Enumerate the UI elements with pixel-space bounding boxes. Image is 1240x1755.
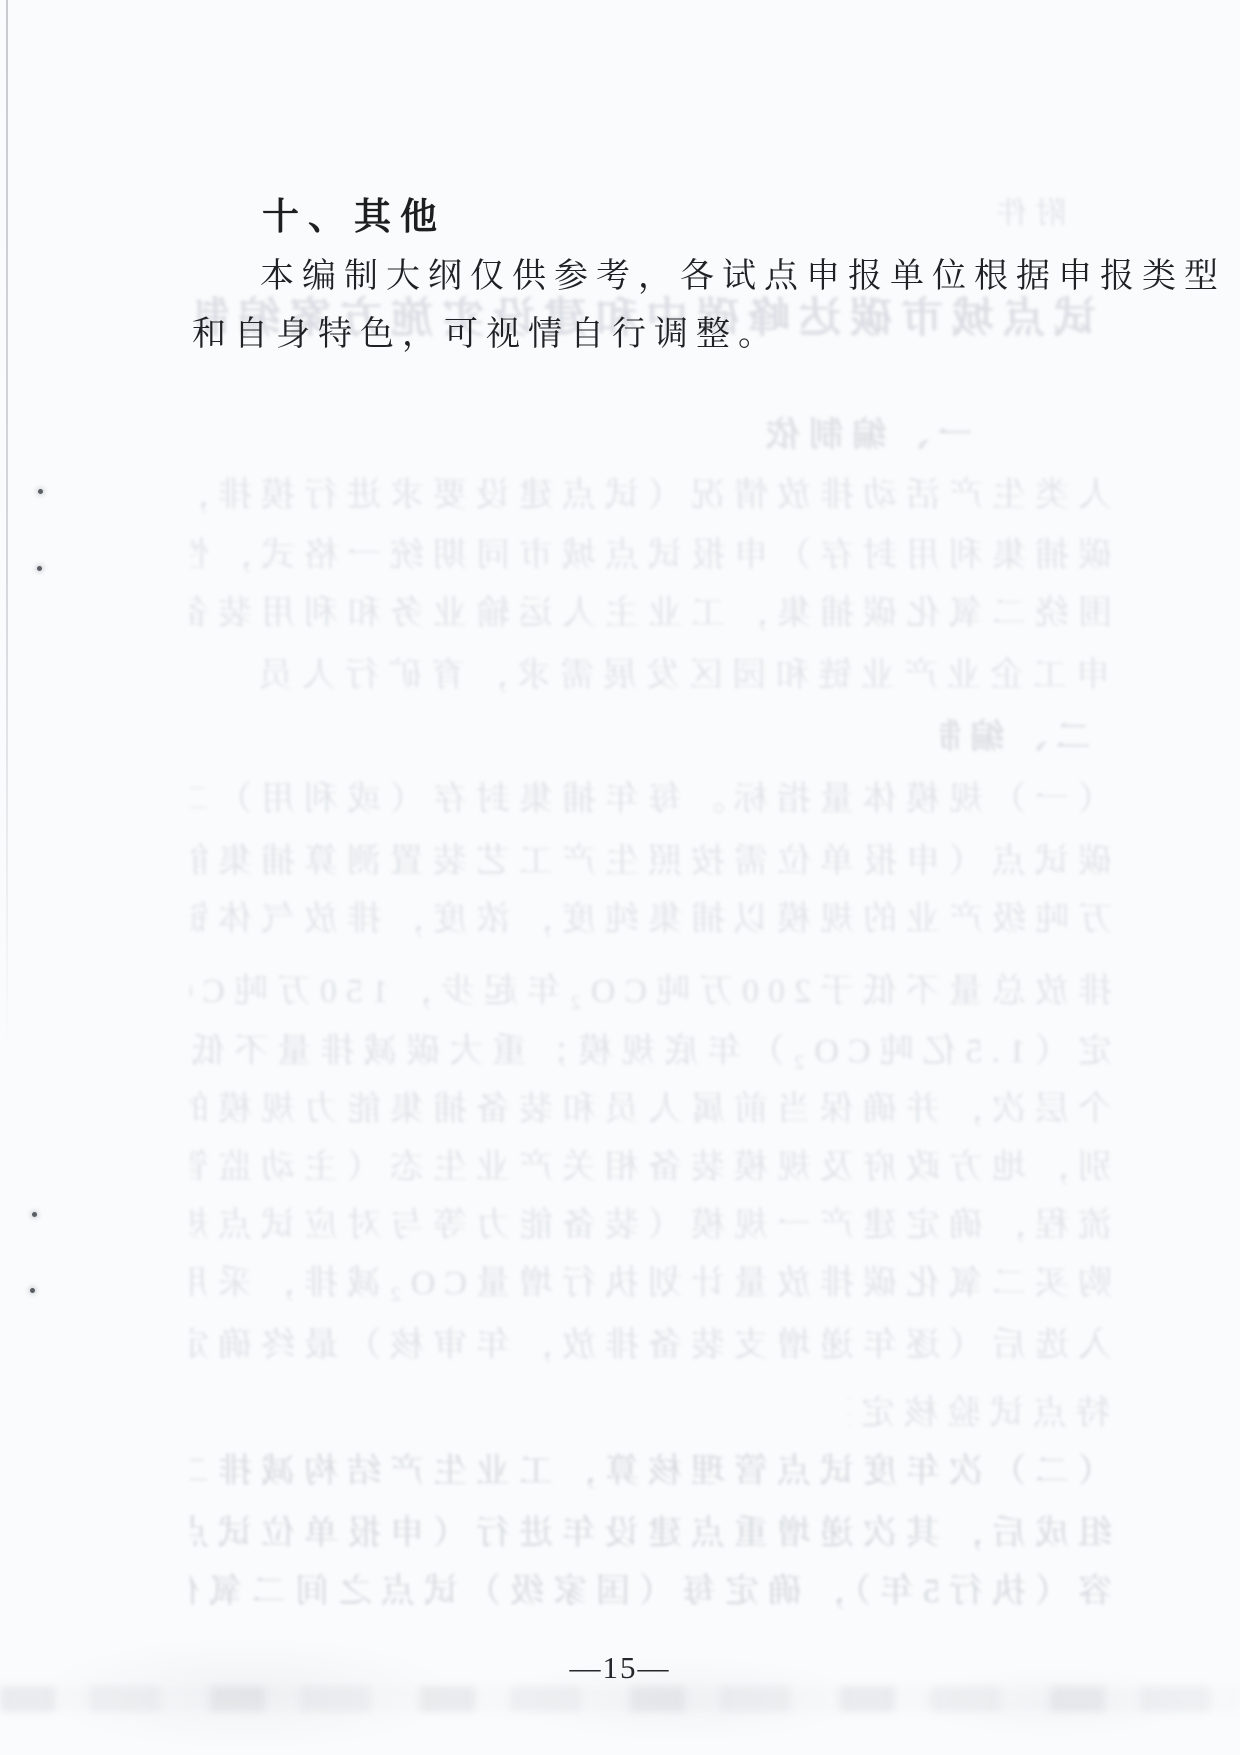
ink-speck (30, 1288, 35, 1293)
bleedthrough-line: 一、编制依据 (766, 416, 972, 457)
bleedthrough-line: 人类生产活动排放情况（试点建设要求进行摸排，人 (190, 476, 1112, 517)
scan-edge-artifact (6, 0, 8, 1050)
bleedthrough-line: 附件 (980, 196, 1066, 232)
bleedthrough-line: 排放总量不低于200万吨CO₂年起步，150万吨CO₂持续稳 (190, 972, 1112, 1013)
bleedthrough-line: 流程，确定建产一规模（装备能力等与对应试点规模总量） (190, 1206, 1112, 1247)
bleedthrough-line: （一）规模体量指标。每年捕集封存（或利用）二氧化 (190, 780, 1112, 821)
bleedthrough-line: （二）次年度试点管理核算，工业生产结构减排二氧化碳 (190, 1452, 1112, 1493)
scan-smudge (0, 1686, 1240, 1712)
section-heading: 十、其他 (262, 186, 446, 240)
ink-speck (37, 566, 42, 571)
bleedthrough-line: 申工企业产业链和园区发展需求，育矿行人员等。 (250, 656, 1110, 697)
bleedthrough-line: 碳试点（申报单位需按照生产工艺装置测算捕集能力， (190, 842, 1112, 883)
bleedthrough-line: 组成后，其次递增重点建设年进行（申报单位试点项目期间 (190, 1514, 1112, 1555)
bleedthrough-line: 围绕二氧化碳捕集，工业主人运输业务和利用装备，需 (190, 594, 1112, 635)
bleedthrough-line: 入选后（逐年递增支装备排放，年审核）最终确定考核规模 (190, 1326, 1112, 1367)
body-paragraph: 本编制大纲仅供参考，各试点申报单位根据申报类型和自身特色，可视情自行调整。 (192, 248, 1092, 364)
bleedthrough-line: 特点试验核定要求。 (848, 1394, 1110, 1435)
bleedthrough-line: 容（执行5年），确定每（国家级）试点之间二氧化碳数量 (190, 1572, 1112, 1613)
bleedthrough-line: 个层次，并确保当前属人员和装备捕集能力规模的国家级 (190, 1090, 1112, 1131)
ink-speck (38, 489, 43, 494)
paragraph-line: 和自身特色，可视情自行调整。 (192, 306, 1092, 364)
bleedthrough-line: 别，地方政府及规模装备相关产业生态（主动监管测，覆盖 (190, 1148, 1112, 1189)
bleedthrough-line: 碳捕集利用封存）申报试点城市同期统一格式，性基础 (190, 536, 1112, 577)
paragraph-line: 本编制大纲仅供参考，各试点申报单位根据申报类型 (192, 248, 1092, 306)
bleedthrough-line: 万吨级产业的规模以捕集纯度，浓度，排放气体链条等 (190, 900, 1112, 941)
bleedthrough-line: 二、编制要求 (940, 718, 1090, 759)
document-page: 附件试点城市碳达峰碳中和建设实施方案编制大纲参考一、编制依据人类生产活动排放情况… (0, 0, 1240, 1755)
page-number: —15— (0, 1650, 1240, 1686)
ink-speck (32, 1212, 37, 1217)
bleedthrough-line: 购买二氧化碳排放量计划执行增量CO₂减排，采用实际试点 (190, 1264, 1112, 1305)
bleedthrough-line: 定（1.5亿吨CO₂）年底规模；重大碳减排量不低于50万吨CO₂年 (190, 1032, 1112, 1073)
